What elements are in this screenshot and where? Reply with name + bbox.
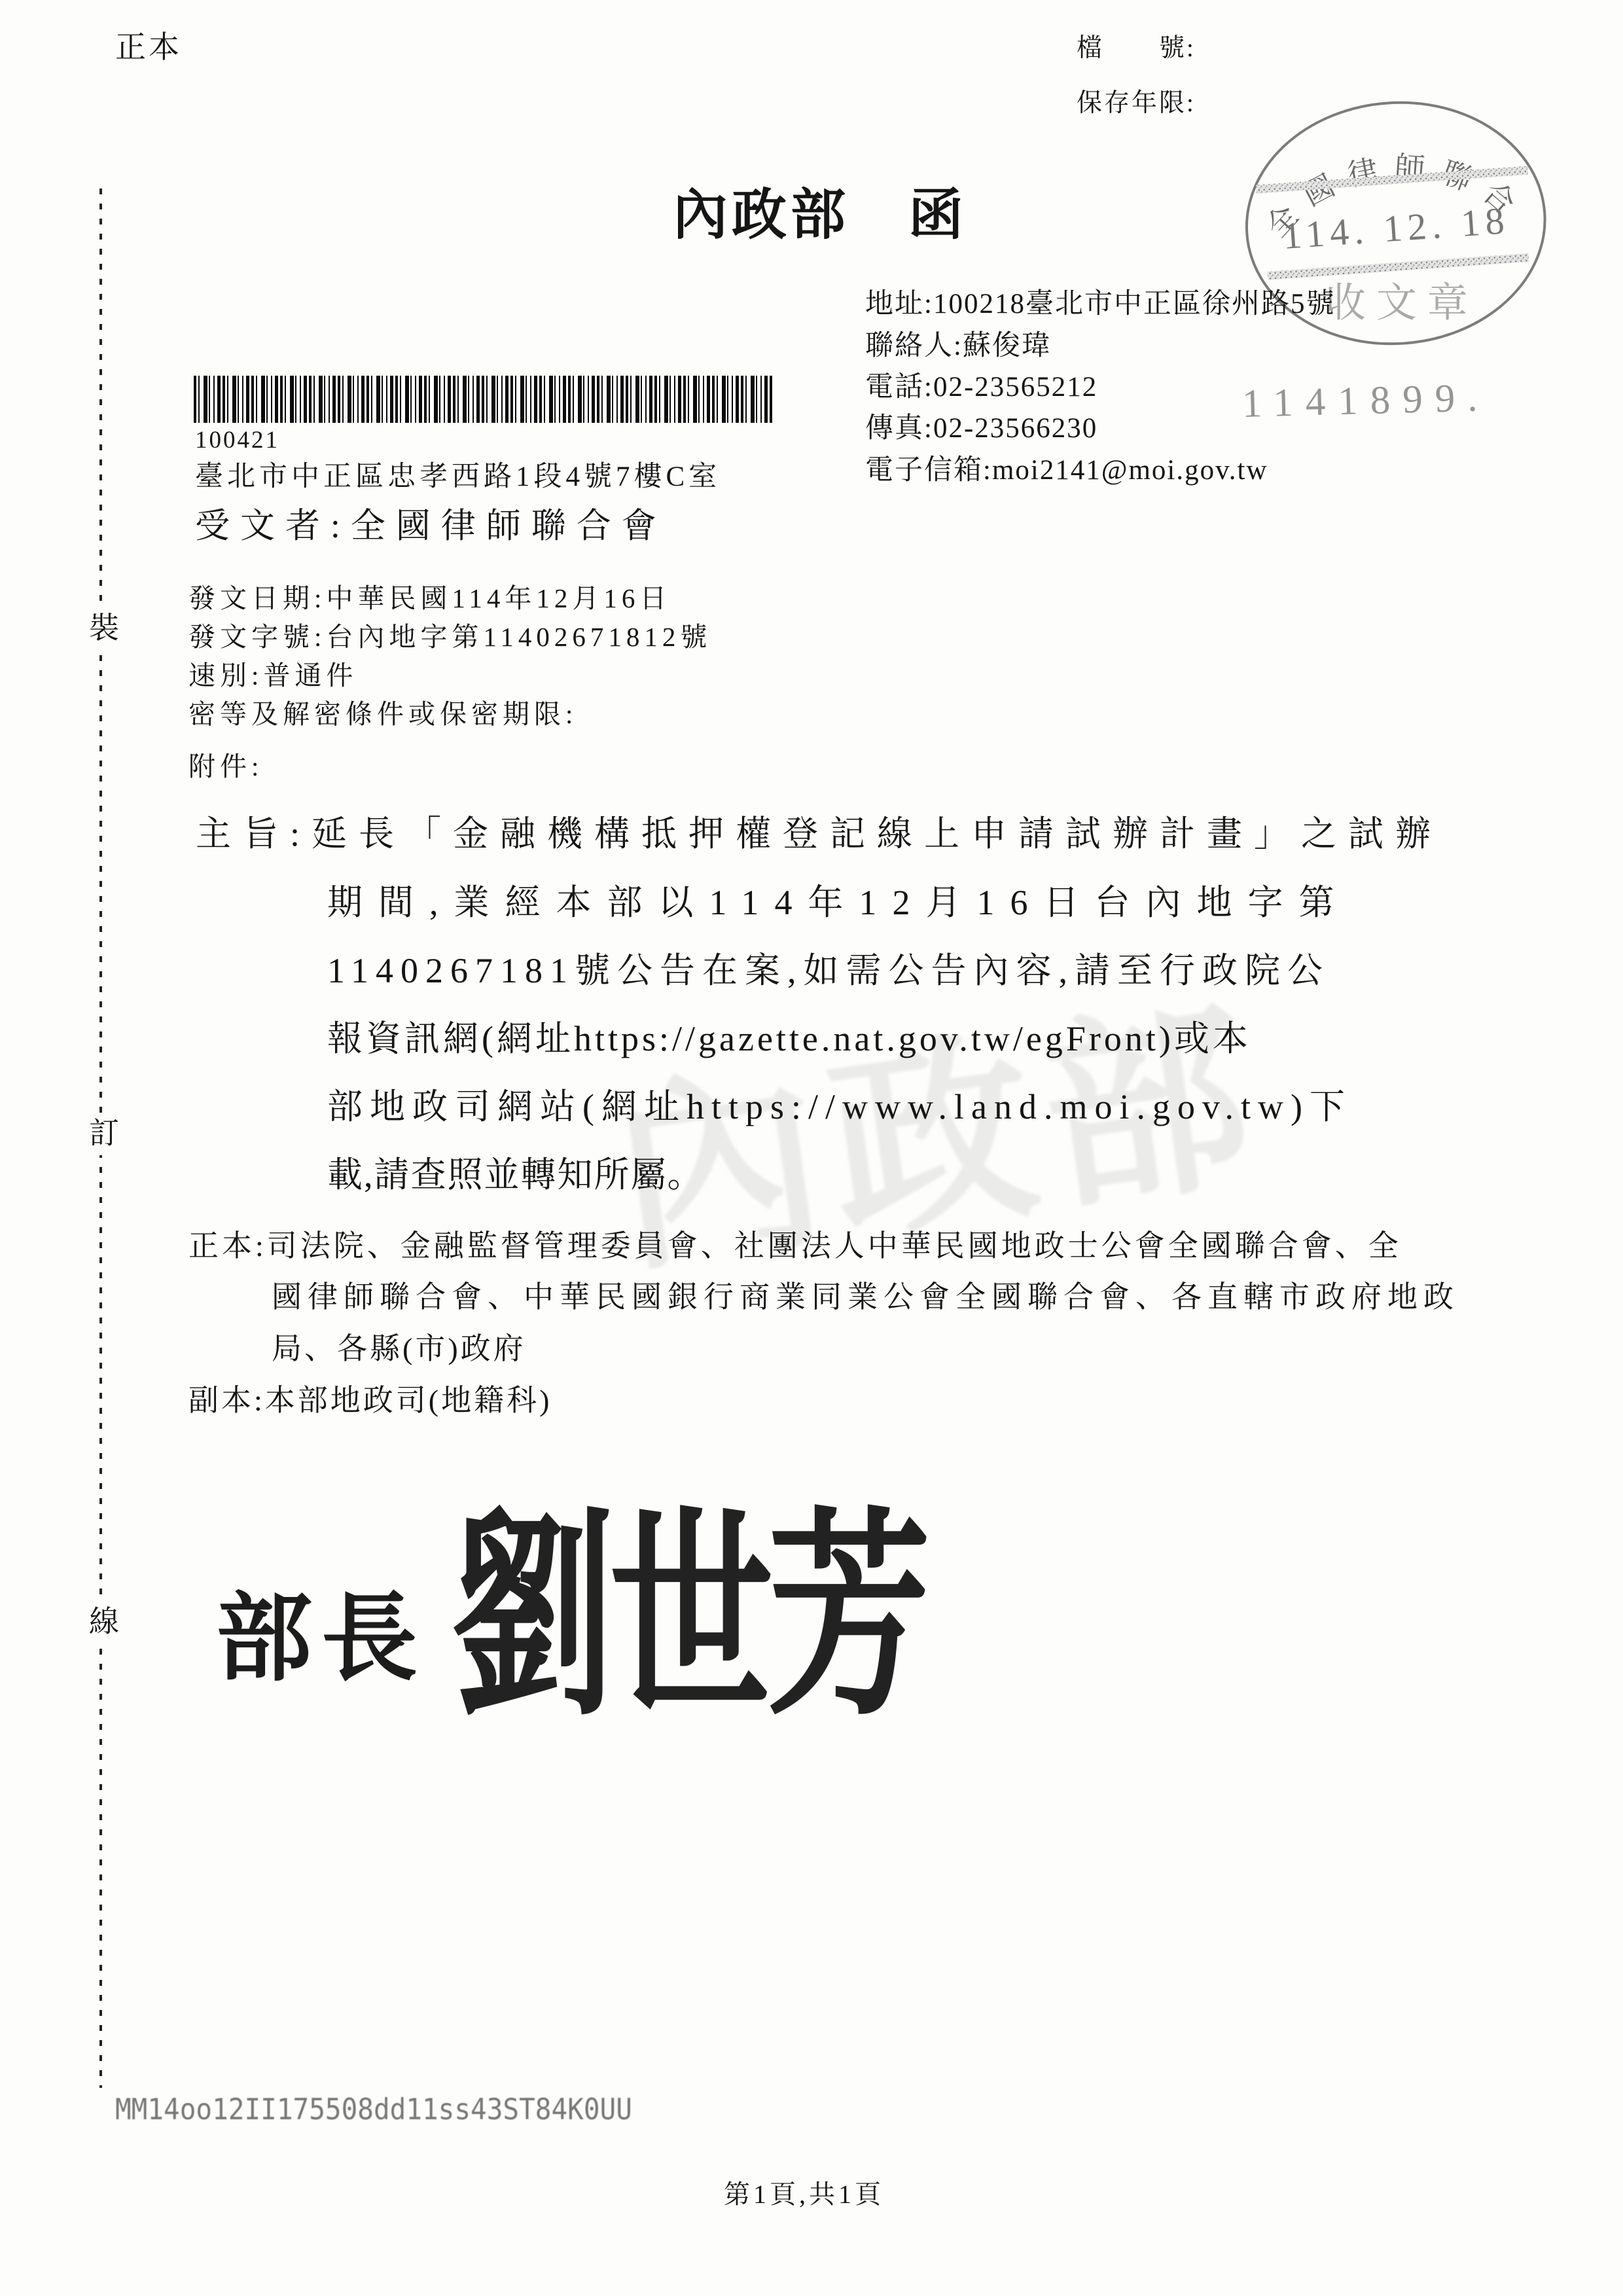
barcode-number: 100421 [195, 427, 279, 455]
security-class-line: 密等及解密條件或保密期限: [188, 699, 577, 730]
sender-email-line: 電子信箱:moi2141@moi.gov.tw [865, 454, 1268, 486]
sender-fax-line: 傳真:02-23566230 [865, 412, 1097, 444]
issue-date-line: 發文日期:中華民國114年12月16日 [188, 583, 671, 614]
copy-type-label: 正本 [115, 30, 182, 65]
binding-char-xian: 線 [89, 1601, 119, 1643]
sender-address-line: 地址:100218臺北市中正區徐州路5號 [865, 288, 1335, 320]
sender-contact-line: 聯絡人:蘇俊瑋 [865, 330, 1051, 362]
distribution-copy-line: 副本:本部地政司(地籍科) [188, 1384, 552, 1418]
received-stamp: 全國律師聯合會 114. 12. 18 收文章 [1231, 85, 1561, 365]
subject-line: 1140267181號公告在案,如需公告內容,請至行政院公 [327, 950, 1330, 991]
file-number-label: 檔 號: [1077, 34, 1196, 63]
subject-line: 載,請查照並轉知所屬。 [327, 1155, 704, 1195]
document-page: 裝 訂 線 正本 檔 號: 保存年限: 內政部 全國律師聯合會 1 [0, 0, 1623, 2296]
stamp-band-bottom [1267, 253, 1529, 280]
issue-number-line: 發文字號:台內地字第11402671812號 [188, 622, 711, 653]
subject-line: 期間,業經本部以114年12月16日台內地字第 [327, 882, 1350, 923]
distribution-original-line: 局、各縣(市)政府 [272, 1332, 526, 1367]
print-tracking-code: MM14oo12II175508dd11ss43ST84K0UU [115, 2093, 632, 2126]
signature-name: 劉世芳 [452, 1492, 925, 1747]
recipient-address: 臺北市中正區忠孝西路1段4號7樓C室 [195, 461, 721, 493]
barcode [194, 376, 772, 423]
subject-line: 部地政司網站(網址https://www.land.moi.gov.tw)下 [327, 1086, 1352, 1127]
retention-period-label: 保存年限: [1077, 89, 1196, 118]
attachment-line: 附件: [188, 751, 263, 782]
page-title: 內政部 函 [673, 185, 967, 248]
received-number-stamp: 1141899. [1241, 375, 1490, 427]
binding-char-ding: 訂 [89, 1113, 119, 1155]
signature-title: 部長 [216, 1584, 427, 1695]
stamp-label: 收文章 [1325, 281, 1478, 326]
recipient-name-line: 受文者:全國律師聯合會 [195, 507, 667, 547]
subject-line: 報資訊網(網址https://gazette.nat.gov.tw/egFron… [327, 1018, 1251, 1059]
sender-phone-line: 電話:02-23565212 [865, 371, 1097, 403]
speed-class-line: 速別:普通件 [188, 660, 357, 691]
subject-line: 主旨:延長「金融機構抵押權登記線上申請試辦計畫」之試辦 [196, 814, 1442, 854]
distribution-original-line: 國律師聯合會、中華民國銀行商業同業公會全國聯合會、各直轄市政府地政 [272, 1280, 1459, 1315]
binding-char-zhuang: 裝 [89, 607, 119, 650]
page-number-footer: 第1頁,共1頁 [724, 2179, 884, 2210]
received-stamp-graphic: 全國律師聯合會 114. 12. 18 收文章 [1231, 85, 1561, 365]
distribution-original-line: 正本:司法院、金融監督管理委員會、社團法人中華民國地政士公會全國聯合會、全 [188, 1229, 1402, 1264]
